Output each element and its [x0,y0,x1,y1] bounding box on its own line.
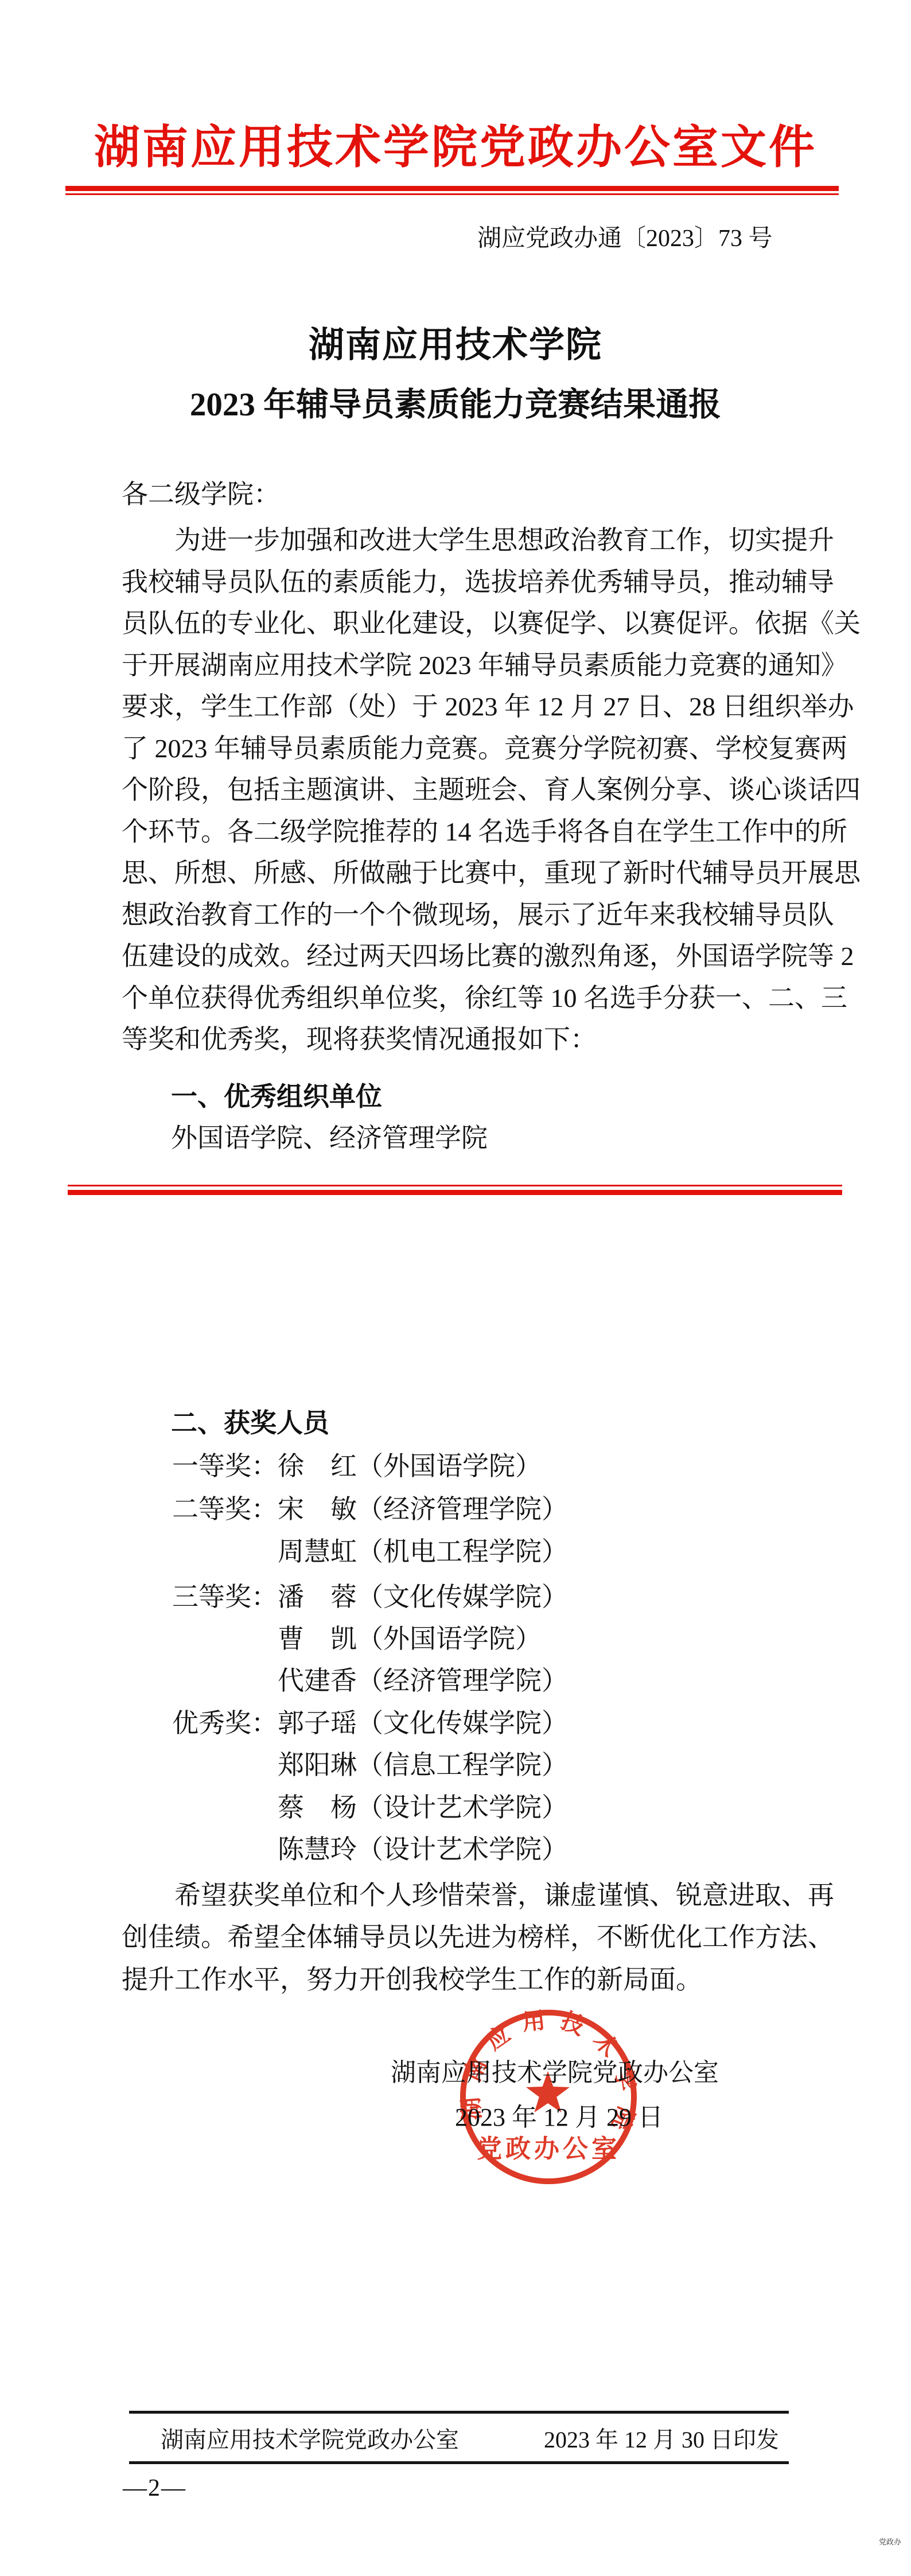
award-line: 二等奖：宋 敏（经济管理学院） [172,1495,568,1524]
section1-heading: 一、优秀组织单位 [171,1082,382,1112]
footer-rule-top [129,2411,789,2414]
red-letterhead-title: 湖南应用技术学院党政办公室文件 [0,123,911,174]
signature-date: 2023 年 12 月 29 日 [455,2103,663,2131]
award-line: 一等奖：徐 红（外国语学院） [172,1452,542,1481]
body-line: 员队伍的专业化、职业化建设，以赛促学、以赛促评。依据《关 [122,609,861,639]
official-document-page: 湖南应用技术学院党政办公室文件 湖应党政办通〔2023〕73 号 湖南应用技术学… [0,0,911,2576]
official-seal: 湖南应用技术学院 党政办公室 [456,2007,641,2188]
award-line: 陈慧玲（设计艺术学院） [278,1835,568,1865]
header-rule-thick [65,186,839,191]
footer-rule-bottom [129,2461,789,2464]
award-line: 蔡 杨（设计艺术学院） [278,1793,568,1823]
award-line: 代建香（经济管理学院） [278,1666,568,1696]
body-line: 个单位获得优秀组织单位奖，徐红等 10 名选手分获一、二、三 [122,983,847,1013]
corner-watermark-text: 党政办 [879,2538,901,2547]
body-line: 我校辅导员队伍的素质能力，选拔培养优秀辅导员，推动辅导 [122,567,834,597]
doc-title-line2: 2023 年辅导员素质能力竞赛结果通报 [0,387,911,423]
section2-heading: 二、获奖人员 [171,1408,329,1438]
footer-issuer: 湖南应用技术学院党政办公室 [161,2427,459,2453]
award-line: 周慧虹（机电工程学院） [278,1537,568,1567]
award-line: 曹 凯（外国语学院） [278,1624,542,1654]
header-rule-thin [65,193,839,195]
doc-title-line1: 湖南应用技术学院 [0,326,911,365]
award-line: 郑阳琳（信息工程学院） [278,1750,568,1780]
closing-line: 创佳绩。希望全体辅导员以先进为榜样，不断优化工作方法、 [122,1923,834,1952]
body-line: 个环节。各二级学院推荐的 14 名选手将各自在学生工作中的所 [122,817,847,847]
body-line: 伍建设的成效。经过两天四场比赛的激烈角逐，外国语学院等 2 [122,941,854,971]
footer-print-date: 2023 年 12 月 30 日印发 [544,2427,779,2453]
closing-line: 提升工作水平，努力开创我校学生工作的新局面。 [122,1965,702,1995]
award-line: 三等奖：潘 蓉（文化传媒学院） [172,1582,568,1612]
section1-content: 外国语学院、经济管理学院 [171,1123,488,1153]
page-separator-rule-thick [68,1190,842,1195]
body-line: 想政治教育工作的一个个微现场，展示了近年来我校辅导员队 [122,900,834,930]
body-line: 个阶段，包括主题演讲、主题班会、育人案例分享、谈心谈话四 [122,775,861,805]
page-separator-rule-thin [68,1185,842,1186]
body-line: 为进一步加强和改进大学生思想政治教育工作，切实提升 [122,526,834,555]
page-number: —2— [123,2475,186,2502]
salutation: 各二级学院： [122,480,280,509]
closing-line: 希望获奖单位和个人珍惜荣誉，谦虚谨慎、锐意进取、再 [122,1881,834,1910]
body-line: 等奖和优秀奖，现将获奖情况通报如下： [122,1025,597,1054]
signature-org: 湖南应用技术学院党政办公室 [391,2059,719,2087]
body-line: 于开展湖南应用技术学院 2023 年辅导员素质能力竞赛的通知》 [122,651,847,680]
seal-bottom-text: 党政办公室 [477,2135,620,2163]
body-line: 了 2023 年辅导员素质能力竞赛。竞赛分学院初赛、学校复赛两 [122,734,847,764]
award-line: 优秀奖：郭子瑶（文化传媒学院） [172,1709,568,1738]
body-line: 要求，学生工作部（处）于 2023 年 12 月 27 日、28 日组织举办 [122,692,854,722]
doc-number: 湖应党政办通〔2023〕73 号 [477,225,773,252]
body-line: 思、所想、所感、所做融于比赛中，重现了新时代辅导员开展思 [122,858,861,888]
